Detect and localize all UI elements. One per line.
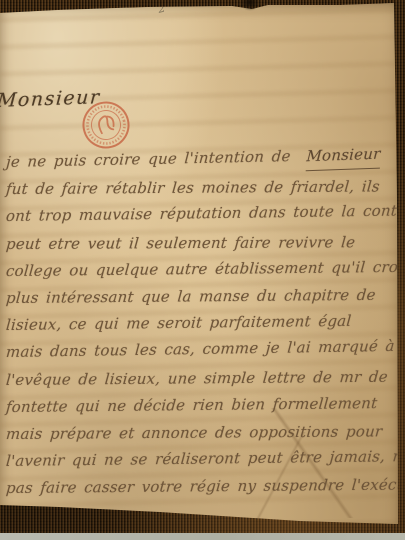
edge-blemish <box>240 0 260 11</box>
letter-line: l'evêque de lisieux, une simple lettre d… <box>5 363 392 394</box>
letter-line: peut etre veut il seulement faire revivr… <box>5 229 392 258</box>
line-text: je ne puis croire que l'intention de <box>5 147 291 171</box>
letter-body: je ne puis croire que l'intention deMons… <box>6 149 391 502</box>
letter-paper: 2 Monsieur je ne puis croire que l'inten… <box>0 0 405 540</box>
letter-line: pas faire casser votre régie ny suspendr… <box>5 472 392 503</box>
letter-line: ont trop mauvaise réputation dans toute … <box>5 198 392 231</box>
underlined-word: Monsieur <box>306 141 382 172</box>
letter-photograph: 2 Monsieur je ne puis croire que l'inten… <box>0 0 405 540</box>
letter-line: je ne puis croire que l'intention deMons… <box>5 141 392 176</box>
letter-line: l'avenir qui ne se réaliseront peut être… <box>5 443 392 475</box>
letter-line: mais dans tous les cas, comme je l'ai ma… <box>5 333 392 366</box>
letter-line: fontette qui ne décide rien bien formell… <box>5 390 392 421</box>
letter-line: college ou quelque autre établissement q… <box>5 254 392 285</box>
table-edge-strip <box>0 533 405 540</box>
